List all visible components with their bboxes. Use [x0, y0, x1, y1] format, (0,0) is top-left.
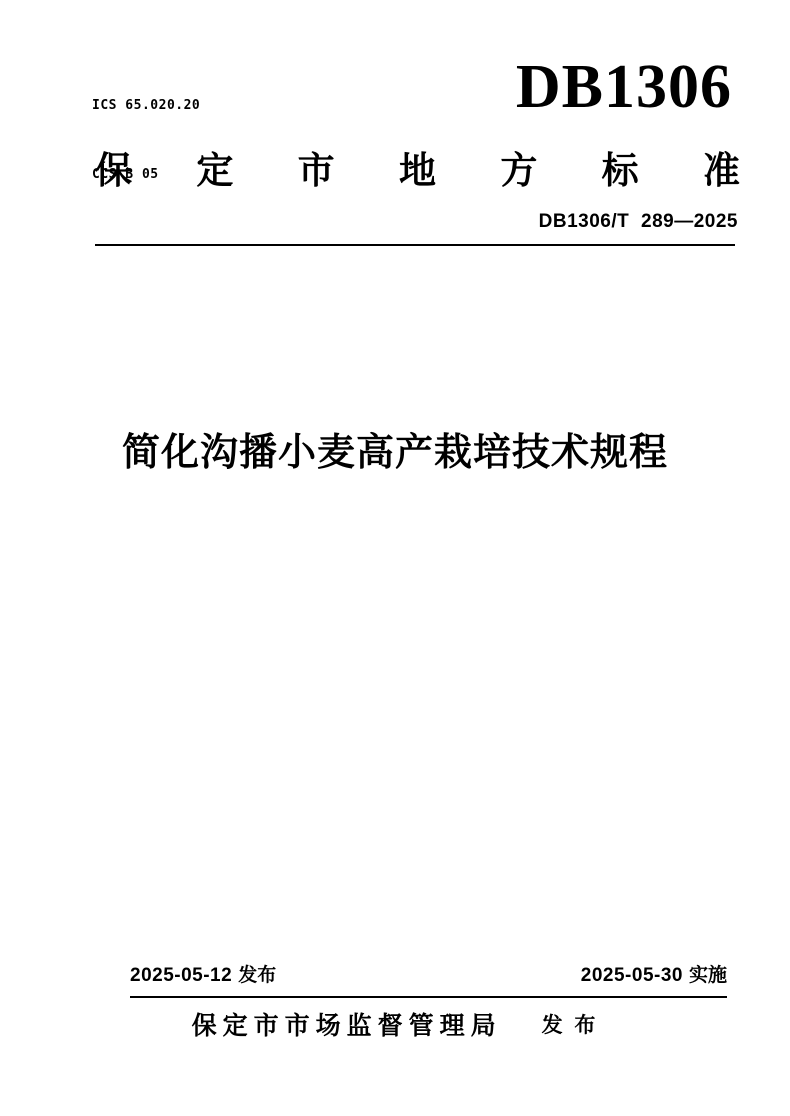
implement-label: 实施	[689, 964, 727, 989]
standard-type-char: 保	[95, 150, 132, 193]
implement-date-item: 2025-05-30 实施	[581, 964, 727, 989]
header-divider	[95, 244, 735, 246]
issue-date: 2025-05-12	[130, 964, 232, 989]
standard-type-char: 标	[602, 150, 639, 193]
standard-type-char: 市	[298, 150, 335, 193]
standard-type-char: 定	[196, 150, 233, 193]
db-logo: DB1306	[516, 56, 732, 118]
implement-date: 2025-05-30	[581, 964, 683, 989]
standard-type-char: 方	[500, 150, 537, 193]
standard-type-title: 保 定 市 地 方 标 准	[95, 150, 740, 193]
document-title: 简化沟播小麦高产栽培技术规程	[0, 431, 790, 477]
standard-type-char: 地	[399, 150, 436, 193]
standard-cover-page: ICS 65.020.20 CCS B 05 DB1306 保 定 市 地 方 …	[0, 0, 790, 1116]
publisher-name: 保定市市场监督管理局	[192, 1006, 502, 1042]
issue-label: 发布	[238, 964, 276, 989]
dates-row: 2025-05-12 发布 2025-05-30 实施	[130, 964, 727, 989]
issue-date-item: 2025-05-12 发布	[130, 964, 276, 989]
publisher-row: 保定市市场监督管理局 发 布	[0, 1006, 790, 1042]
classification-codes: ICS 65.020.20 CCS B 05	[92, 48, 200, 232]
ics-code: ICS 65.020.20	[92, 94, 200, 117]
publisher-suffix: 发 布	[542, 1009, 599, 1039]
standard-number: DB1306/T 289—2025	[539, 211, 738, 233]
standard-type-char: 准	[703, 150, 740, 193]
footer-divider	[130, 996, 727, 998]
